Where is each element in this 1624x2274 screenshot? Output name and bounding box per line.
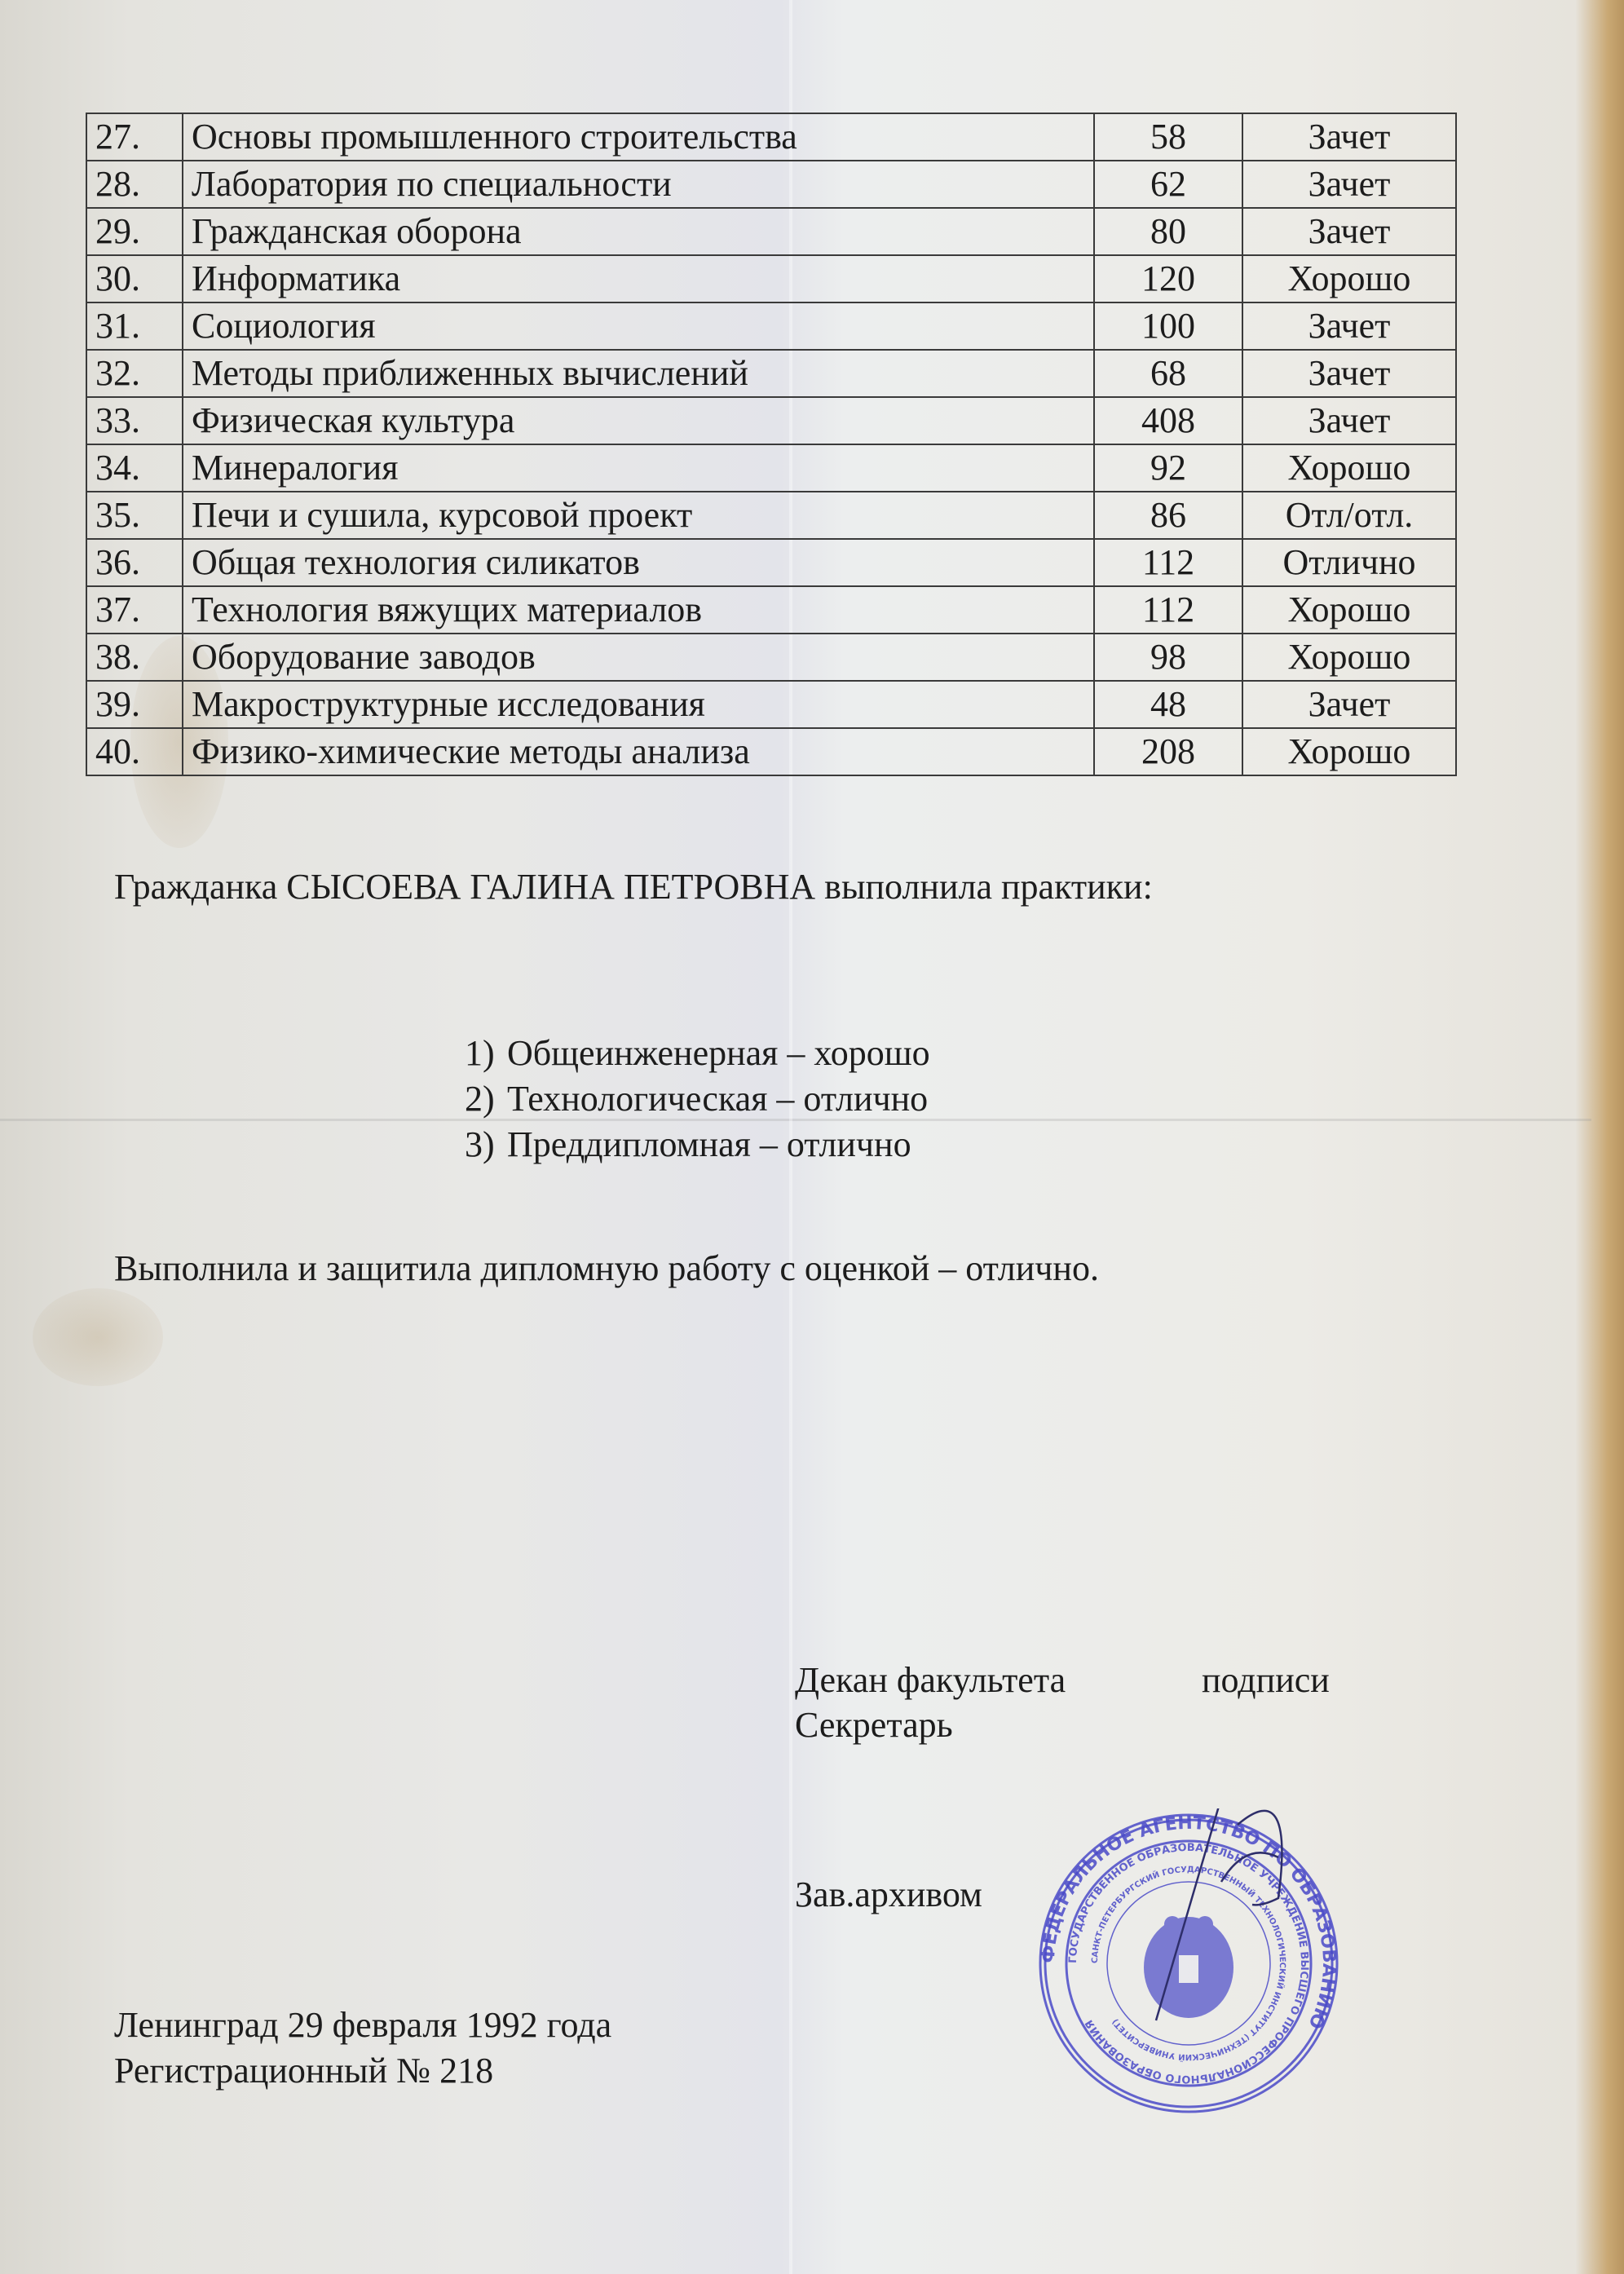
table-row: 40.Физико-химические методы анализа208Хо…	[86, 728, 1456, 775]
subject-name-cell: Оборудование заводов	[183, 634, 1094, 681]
row-number-cell: 27.	[86, 113, 183, 161]
row-number-cell: 28.	[86, 161, 183, 208]
official-seal-stamp: ФЕДЕРАЛЬНОЕ АГЕНТСТВО ПО ОБРАЗОВАНИЮ ГОС…	[1034, 1808, 1344, 2118]
row-number-cell: 33.	[86, 397, 183, 444]
table-row: 31.Социология100Зачет	[86, 302, 1456, 350]
grades-table: 27.Основы промышленного строительства58З…	[86, 113, 1457, 776]
table-row: 37.Технология вяжущих материалов112Хорош…	[86, 586, 1456, 634]
subject-name-cell: Минералогия	[183, 444, 1094, 492]
grade-cell: Хорошо	[1242, 586, 1456, 634]
grade-cell: Зачет	[1242, 350, 1456, 397]
subject-name-cell: Гражданская оборона	[183, 208, 1094, 255]
coat-of-arms-icon	[1144, 1916, 1233, 2018]
row-number-cell: 34.	[86, 444, 183, 492]
row-number-cell: 29.	[86, 208, 183, 255]
subject-name-cell: Информатика	[183, 255, 1094, 302]
hours-cell: 408	[1094, 397, 1242, 444]
dean-label: Декан факультета	[795, 1659, 1066, 1701]
row-number-cell: 35.	[86, 492, 183, 539]
hours-cell: 80	[1094, 208, 1242, 255]
archive-head-label: Зав.архивом	[795, 1874, 982, 1915]
row-number-cell: 32.	[86, 350, 183, 397]
subject-name-cell: Технология вяжущих материалов	[183, 586, 1094, 634]
subject-name-cell: Лаборатория по специальности	[183, 161, 1094, 208]
grade-cell: Хорошо	[1242, 634, 1456, 681]
grade-cell: Отлично	[1242, 539, 1456, 586]
hours-cell: 112	[1094, 586, 1242, 634]
row-number-cell: 30.	[86, 255, 183, 302]
paper-stain	[33, 1288, 163, 1386]
table-row: 29.Гражданская оборона80Зачет	[86, 208, 1456, 255]
hours-cell: 92	[1094, 444, 1242, 492]
subject-name-cell: Печи и сушила, курсовой проект	[183, 492, 1094, 539]
hours-cell: 68	[1094, 350, 1242, 397]
subject-name-cell: Физическая культура	[183, 397, 1094, 444]
subject-name-cell: Социология	[183, 302, 1094, 350]
hours-cell: 86	[1094, 492, 1242, 539]
diploma-statement: Выполнила и защитила дипломную работу с …	[114, 1247, 1099, 1289]
table-row: 39.Макроструктурные исследования48Зачет	[86, 681, 1456, 728]
table-row: 28.Лаборатория по специальности62Зачет	[86, 161, 1456, 208]
table-row: 27.Основы промышленного строительства58З…	[86, 113, 1456, 161]
table-row: 34.Минералогия92Хорошо	[86, 444, 1456, 492]
table-row: 35.Печи и сушила, курсовой проект86Отл/о…	[86, 492, 1456, 539]
place-date: Ленинград 29 февраля 1992 года	[114, 2004, 611, 2046]
registration-number: Регистрационный № 218	[114, 2050, 493, 2091]
hours-cell: 112	[1094, 539, 1242, 586]
practice-item: 2)Технологическая – отлично	[465, 1076, 930, 1122]
hours-cell: 58	[1094, 113, 1242, 161]
subject-name-cell: Макроструктурные исследования	[183, 681, 1094, 728]
grade-cell: Зачет	[1242, 302, 1456, 350]
grade-cell: Отл/отл.	[1242, 492, 1456, 539]
practice-list: 1)Общеинженерная – хорошо 2)Технологичес…	[465, 1031, 930, 1168]
grade-cell: Зачет	[1242, 113, 1456, 161]
hours-cell: 48	[1094, 681, 1242, 728]
hours-cell: 98	[1094, 634, 1242, 681]
grade-cell: Зачет	[1242, 208, 1456, 255]
row-number-cell: 39.	[86, 681, 183, 728]
table-row: 38.Оборудование заводов98Хорошо	[86, 634, 1456, 681]
row-number-cell: 31.	[86, 302, 183, 350]
row-number-cell: 40.	[86, 728, 183, 775]
table-row: 36.Общая технология силикатов112Отлично	[86, 539, 1456, 586]
subject-name-cell: Общая технология силикатов	[183, 539, 1094, 586]
subject-name-cell: Физико-химические методы анализа	[183, 728, 1094, 775]
grade-cell: Хорошо	[1242, 728, 1456, 775]
signatures-label: подписи	[1202, 1659, 1330, 1701]
table-row: 30.Информатика120Хорошо	[86, 255, 1456, 302]
grade-cell: Зачет	[1242, 397, 1456, 444]
row-number-cell: 37.	[86, 586, 183, 634]
table-row: 32.Методы приближенных вычислений68Зачет	[86, 350, 1456, 397]
secretary-label: Секретарь	[795, 1704, 953, 1746]
subject-name-cell: Основы промышленного строительства	[183, 113, 1094, 161]
practice-item: 3)Преддипломная – отлично	[465, 1122, 930, 1168]
subject-name-cell: Методы приближенных вычислений	[183, 350, 1094, 397]
grade-cell: Хорошо	[1242, 255, 1456, 302]
hours-cell: 208	[1094, 728, 1242, 775]
row-number-cell: 36.	[86, 539, 183, 586]
row-number-cell: 38.	[86, 634, 183, 681]
grade-cell: Хорошо	[1242, 444, 1456, 492]
table-row: 33.Физическая культура408Зачет	[86, 397, 1456, 444]
hours-cell: 100	[1094, 302, 1242, 350]
grade-cell: Зачет	[1242, 161, 1456, 208]
hours-cell: 62	[1094, 161, 1242, 208]
grade-cell: Зачет	[1242, 681, 1456, 728]
practice-intro: Гражданка СЫСОЕВА ГАЛИНА ПЕТРОВНА выполн…	[114, 866, 1153, 907]
hours-cell: 120	[1094, 255, 1242, 302]
practice-item: 1)Общеинженерная – хорошо	[465, 1031, 930, 1076]
